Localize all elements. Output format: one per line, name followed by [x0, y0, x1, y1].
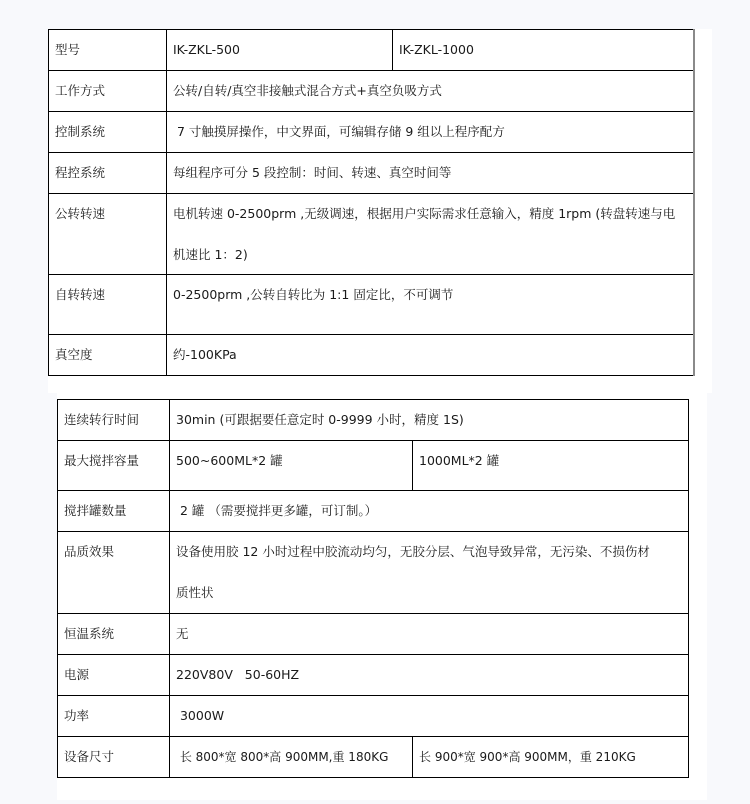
- row-label: 设备尺寸: [58, 737, 170, 778]
- cell-value: 约-100KPa: [167, 335, 694, 376]
- cell-value: 3000W: [170, 696, 689, 737]
- cell-value: 公转/自转/真空非接触式混合方式+真空负吸方式: [167, 71, 694, 112]
- cell-line-1: 设备使用胶 12 小时过程中胶流动均匀，无胶分层、气泡导致异常，无污染、不损伤材: [176, 544, 650, 559]
- spec-table-1: 型号 IK-ZKL-500 IK-ZKL-1000 工作方式 公转/自转/真空非…: [48, 29, 695, 376]
- table-row-power-supply: 电源 220V80V 50-60HZ: [58, 655, 689, 696]
- row-label: 电源: [58, 655, 170, 696]
- cell-line-2: 质性状: [176, 584, 688, 602]
- table-row-vacuum: 真空度 约-100KPa: [49, 335, 694, 376]
- cell-value: 220V80V 50-60HZ: [170, 655, 689, 696]
- row-label: 品质效果: [58, 532, 170, 614]
- row-label: 功率: [58, 696, 170, 737]
- row-label: 搅拌罐数量: [58, 491, 170, 532]
- cell-model-1000: IK-ZKL-1000: [393, 30, 694, 71]
- table-row-jar-count: 搅拌罐数量 2 罐 （需要搅拌更多罐，可订制。）: [58, 491, 689, 532]
- row-label: 最大搅拌容量: [58, 441, 170, 491]
- cell-value: 30min (可跟据要任意定时 0-9999 小时，精度 1S): [170, 400, 689, 441]
- row-label: 程控系统: [49, 153, 167, 194]
- table-row-rotation-speed: 自转转速 0-2500prm ,公转自转比为 1:1 固定比，不可调节: [49, 275, 694, 335]
- spec-table-2: 连续转行时间 30min (可跟据要任意定时 0-9999 小时，精度 1S) …: [57, 399, 689, 778]
- row-label: 公转转速: [49, 194, 167, 275]
- cell-capacity-1000: 1000ML*2 罐: [413, 441, 689, 491]
- row-label: 控制系统: [49, 112, 167, 153]
- cell-value: 电机转速 0-2500prm ,无级调速，根据用户实际需求任意输入，精度 1rp…: [167, 194, 694, 275]
- cell-capacity-500: 500~600ML*2 罐: [170, 441, 413, 491]
- row-label: 自转转速: [49, 275, 167, 335]
- cell-value: 0-2500prm ,公转自转比为 1:1 固定比，不可调节: [167, 275, 694, 335]
- table-row-run-time: 连续转行时间 30min (可跟据要任意定时 0-9999 小时，精度 1S): [58, 400, 689, 441]
- cell-dimensions-1000: 长 900*宽 900*高 900MM，重 210KG: [413, 737, 689, 778]
- cell-model-500: IK-ZKL-500: [167, 30, 393, 71]
- table-row-revolution-speed: 公转转速 电机转速 0-2500prm ,无级调速，根据用户实际需求任意输入，精…: [49, 194, 694, 275]
- table-row-power: 功率 3000W: [58, 696, 689, 737]
- cell-value: 7 寸触摸屏操作，中文界面，可编辑存储 9 组以上程序配方: [167, 112, 694, 153]
- cell-dimensions-500: 长 800*宽 800*高 900MM,重 180KG: [170, 737, 413, 778]
- row-label: 工作方式: [49, 71, 167, 112]
- table-row-dimensions: 设备尺寸 长 800*宽 800*高 900MM,重 180KG 长 900*宽…: [58, 737, 689, 778]
- cell-value: 2 罐 （需要搅拌更多罐，可订制。）: [170, 491, 689, 532]
- table-row-program-system: 程控系统 每组程序可分 5 段控制：时间、转速、真空时间等: [49, 153, 694, 194]
- table-row-model: 型号 IK-ZKL-500 IK-ZKL-1000: [49, 30, 694, 71]
- cell-value: 设备使用胶 12 小时过程中胶流动均匀，无胶分层、气泡导致异常，无污染、不损伤材…: [170, 532, 689, 614]
- table-row-thermostat: 恒温系统 无: [58, 614, 689, 655]
- table-row-quality: 品质效果 设备使用胶 12 小时过程中胶流动均匀，无胶分层、气泡导致异常，无污染…: [58, 532, 689, 614]
- cell-line-2: 机速比 1：2): [173, 246, 693, 264]
- table-row-work-mode: 工作方式 公转/自转/真空非接触式混合方式+真空负吸方式: [49, 71, 694, 112]
- table-row-max-capacity: 最大搅拌容量 500~600ML*2 罐 1000ML*2 罐: [58, 441, 689, 491]
- cell-value: 无: [170, 614, 689, 655]
- cell-value: 每组程序可分 5 段控制：时间、转速、真空时间等: [167, 153, 694, 194]
- cell-line-1: 电机转速 0-2500prm ,无级调速，根据用户实际需求任意输入，精度 1rp…: [173, 206, 675, 221]
- row-label: 连续转行时间: [58, 400, 170, 441]
- row-label: 真空度: [49, 335, 167, 376]
- row-label: 型号: [49, 30, 167, 71]
- row-label: 恒温系统: [58, 614, 170, 655]
- table-row-control-system: 控制系统 7 寸触摸屏操作，中文界面，可编辑存储 9 组以上程序配方: [49, 112, 694, 153]
